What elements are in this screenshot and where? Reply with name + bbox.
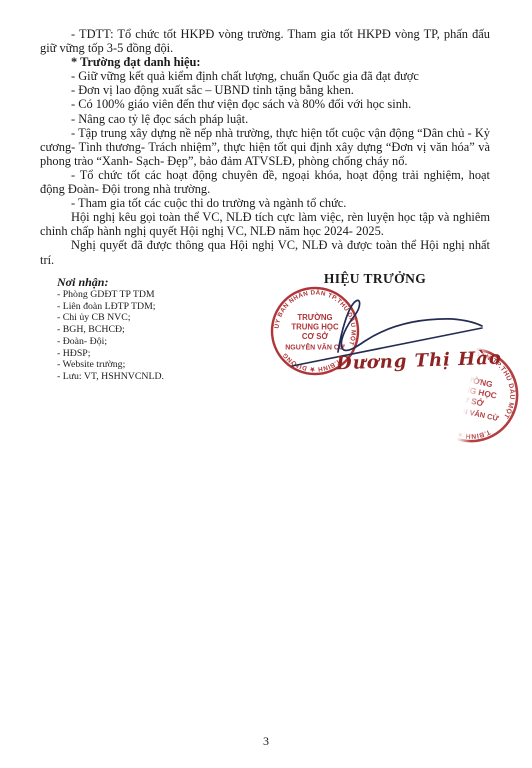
recipients-heading: Nơi nhận: (57, 275, 227, 289)
body-paragraph: Hội nghị kêu gọi toàn thể VC, NLĐ tích c… (40, 210, 490, 238)
recipient-item: - BGH, BCHCĐ; (57, 324, 227, 336)
body-paragraph: - Giữ vững kết quả kiểm định chất lượng,… (40, 69, 490, 83)
body-paragraph: - Có 100% giáo viên đến thư viện đọc sác… (40, 97, 490, 111)
recipient-item: - Đoàn- Đội; (57, 336, 227, 348)
body-paragraph: - Nâng cao tỷ lệ đọc sách pháp luật. (40, 112, 490, 126)
body-paragraph: * Trường đạt danh hiệu: (40, 55, 490, 69)
recipient-item: - Phòng GDĐT TP TDM (57, 289, 227, 301)
body-paragraph: - TDTT: Tổ chức tốt HKPĐ vòng trường. Th… (40, 27, 490, 55)
recipient-item: - Chi ủy CB NVC; (57, 312, 227, 324)
body-paragraph: - Tổ chức tốt các hoạt động chuyên đề, n… (40, 168, 490, 196)
body-paragraph: Nghị quyết đã được thông qua Hội nghị VC… (40, 238, 490, 266)
document-page: ỦY BAN NHÂN DÂN TP.THỦ DẦU MỘT T.BÌNH ★ … (0, 0, 532, 768)
recipient-item: - Lưu: VT, HSHNVCNLD. (57, 371, 227, 383)
recipients-list: - Phòng GDĐT TP TDM- Liên đoàn LĐTP TDM;… (57, 289, 227, 383)
recipient-item: - HĐSP; (57, 348, 227, 360)
body-paragraph: - Đơn vị lao động xuất sắc – UBND tỉnh t… (40, 83, 490, 97)
body-paragraph: - Tham gia tốt các cuộc thi do trường và… (40, 196, 490, 210)
document-body: - TDTT: Tổ chức tốt HKPĐ vòng trường. Th… (40, 27, 490, 267)
page-number: 3 (0, 734, 532, 749)
recipients-block: Nơi nhận: - Phòng GDĐT TP TDM- Liên đoàn… (57, 275, 227, 383)
recipient-item: - Liên đoàn LĐTP TDM; (57, 301, 227, 313)
body-paragraph: - Tập trung xây dựng nề nếp nhà trường, … (40, 126, 490, 168)
recipient-item: - Website trường; (57, 359, 227, 371)
